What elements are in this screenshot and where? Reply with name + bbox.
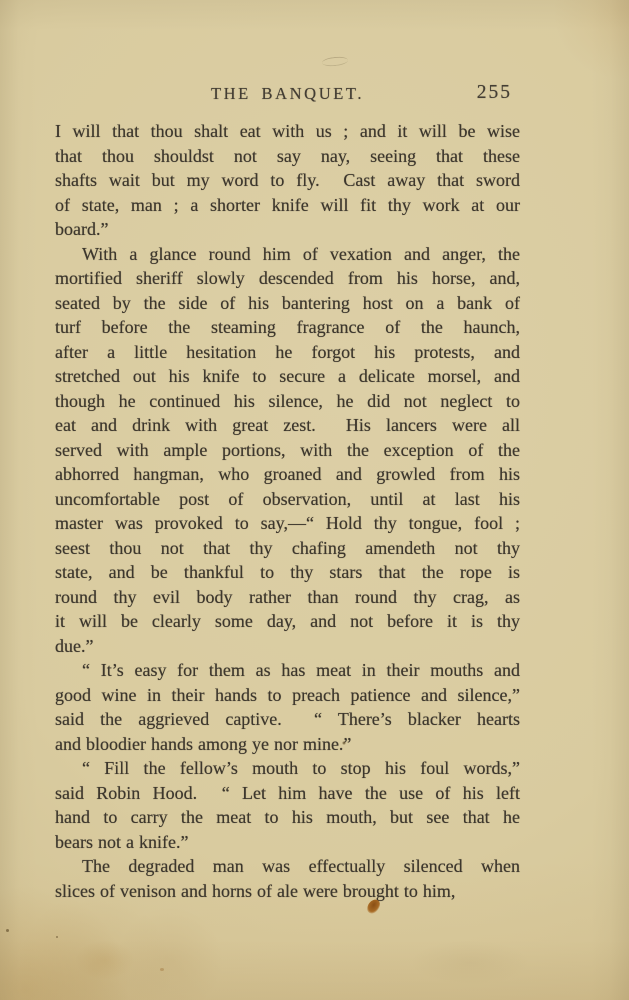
text-line: shafts wait but my word to fly. Cast awa… <box>55 168 520 193</box>
text-line: abhorred hangman, who groaned and growle… <box>55 462 520 487</box>
text-line: master was provoked to say,—“ Hold thy t… <box>55 511 520 536</box>
text-line: and bloodier hands among ye nor mine.” <box>55 732 520 757</box>
text-line: of state, man ; a shorter knife will fit… <box>55 193 520 218</box>
text-line: board.” <box>55 217 520 242</box>
text-line: With a glance round him of vexation and … <box>55 242 520 267</box>
text-line: round thy evil body rather than round th… <box>55 585 520 610</box>
text-line: The degraded man was effectually silence… <box>55 854 520 879</box>
paper-stain <box>410 940 530 985</box>
text-line: “ Fill the fellow’s mouth to stop his fo… <box>55 756 520 781</box>
text-line: I will that thou shalt eat with us ; and… <box>55 119 520 144</box>
text-line: after a little hesitation he forgot his … <box>55 340 520 365</box>
paper-stain <box>75 940 135 980</box>
text-line: served with ample portions, with the exc… <box>55 438 520 463</box>
text-line: good wine in their hands to preach patie… <box>55 683 520 708</box>
text-line: due.” <box>55 634 520 659</box>
text-line: mortified sheriff slowly descended from … <box>55 266 520 291</box>
text-line: hand to carry the meat to his mouth, but… <box>55 805 520 830</box>
running-header: THE BANQUET. 255 <box>55 84 520 108</box>
text-line: said Robin Hood. “ Let him have the use … <box>55 781 520 806</box>
text-line: turf before the steaming fragrance of th… <box>55 315 520 340</box>
paper-speck <box>6 929 9 932</box>
text-line: though he continued his silence, he did … <box>55 389 520 414</box>
paper-speck <box>56 936 58 938</box>
text-line: seated by the side of his bantering host… <box>55 291 520 316</box>
text-line: that thou shouldst not say nay, seeing t… <box>55 144 520 169</box>
book-page-scan: THE BANQUET. 255 I will that thou shalt … <box>0 0 629 1000</box>
scratch-mark <box>322 56 349 68</box>
text-line: slices of venison and horns of ale were … <box>55 879 520 904</box>
page-number: 255 <box>477 82 512 104</box>
text-line: uncomfortable post of observation, until… <box>55 487 520 512</box>
paper-speck <box>160 968 164 971</box>
text-line: stretched out his knife to secure a deli… <box>55 364 520 389</box>
text-block: I will that thou shalt eat with us ; and… <box>55 119 520 903</box>
text-line: it will be clearly some day, and not bef… <box>55 609 520 634</box>
text-line: state, and be thankful to thy stars that… <box>55 560 520 585</box>
text-line: said the aggrieved captive. “ There’s bl… <box>55 707 520 732</box>
text-line: “ It’s easy for them as has meat in thei… <box>55 658 520 683</box>
text-line: bears not a knife.” <box>55 830 520 855</box>
text-line: seest thou not that thy chafing amendeth… <box>55 536 520 561</box>
running-header-title: THE BANQUET. <box>55 84 520 104</box>
text-line: eat and drink with great zest. His lance… <box>55 413 520 438</box>
